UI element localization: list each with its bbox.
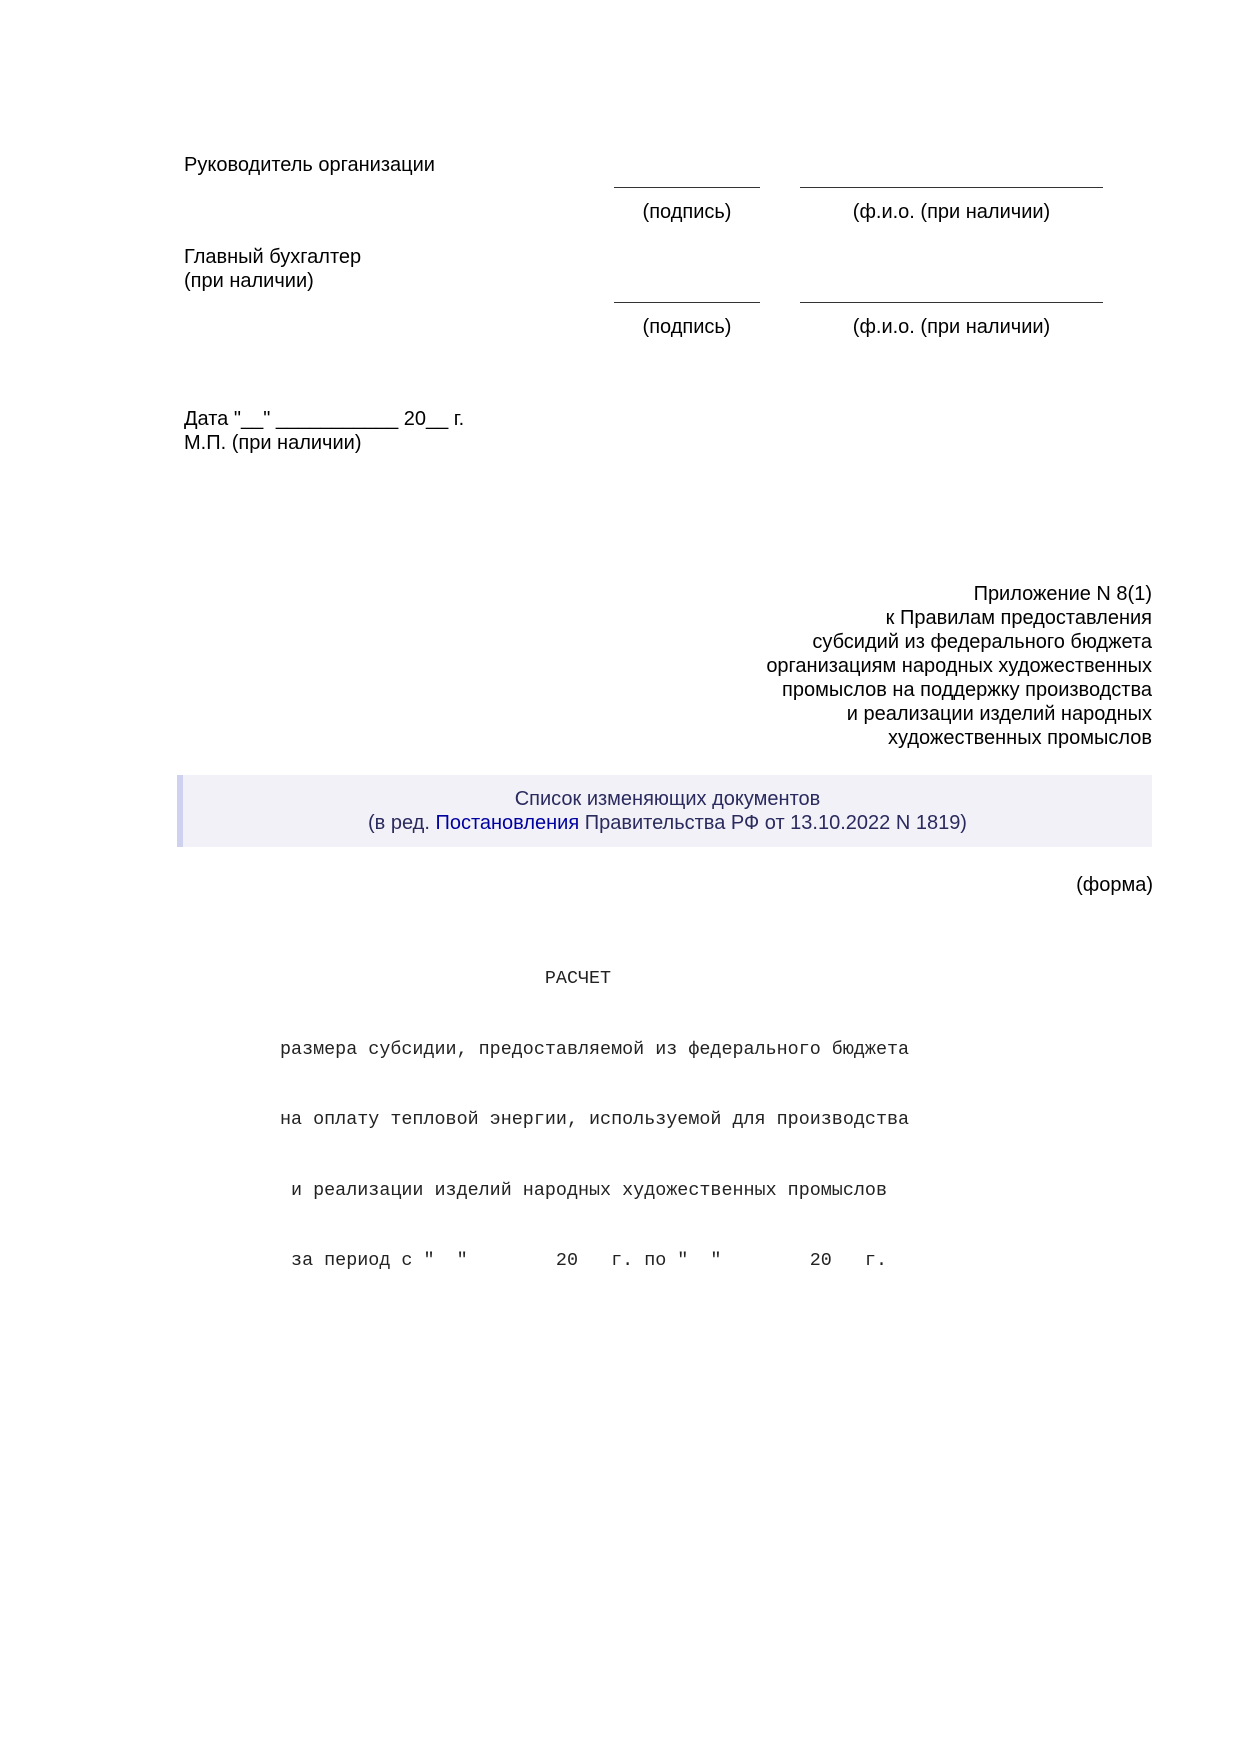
role-line: Главный бухгалтер [184,245,361,269]
stamp-line: М.П. (при наличии) [184,431,361,455]
form-label: (форма) [1076,873,1153,897]
appendix-line: субсидий из федерального бюджета [766,630,1152,654]
calculation-line: на оплату тепловой энергии, используемой… [280,1108,1020,1132]
name-caption: (ф.и.о. (при наличии) [800,315,1103,339]
appendix-line: промыслов на поддержку производства [766,678,1152,702]
signature-caption: (подпись) [614,200,760,224]
role-line: (при наличии) [184,269,361,293]
resolution-link[interactable]: Постановления [435,812,579,834]
changes-suffix: Правительства РФ от 13.10.2022 N 1819) [579,812,967,834]
name-line-accountant[interactable] [800,302,1103,303]
role-label-chief-accountant: Главный бухгалтер (при наличии) [184,245,361,293]
date-line: Дата "__" ___________ 20__ г. [184,407,464,431]
changes-reference: (в ред. Постановления Правительства РФ о… [183,811,1152,835]
role-line: Руководитель организации [184,154,435,176]
signature-line-director[interactable] [614,187,760,188]
name-caption: (ф.и.о. (при наличии) [800,200,1103,224]
name-line-director[interactable] [800,187,1103,188]
appendix-line: и реализации изделий народных [766,702,1152,726]
role-label-director: Руководитель организации [184,153,435,177]
appendix-line: к Правилам предоставления [766,606,1152,630]
changes-prefix: (в ред. [368,812,435,834]
calculation-period-line: за период с " " 20 г. по " " 20 г. [280,1249,1020,1273]
signature-caption: (подпись) [614,315,760,339]
appendix-line: Приложение N 8(1) [766,582,1152,606]
appendix-header: Приложение N 8(1) к Правилам предоставле… [766,582,1152,750]
calculation-line: размера субсидии, предоставляемой из фед… [280,1038,1020,1062]
calculation-line: РАСЧЕТ [280,967,1020,991]
calculation-line: и реализации изделий народных художестве… [280,1179,1020,1203]
appendix-line: организациям народных художественных [766,654,1152,678]
calculation-title: РАСЧЕТ размера субсидии, предоставляемой… [280,920,1020,1296]
appendix-line: художественных промыслов [766,726,1152,750]
signature-line-accountant[interactable] [614,302,760,303]
changing-documents-box: Список изменяющих документов (в ред. Пос… [177,775,1152,847]
changes-title: Список изменяющих документов [183,787,1152,811]
